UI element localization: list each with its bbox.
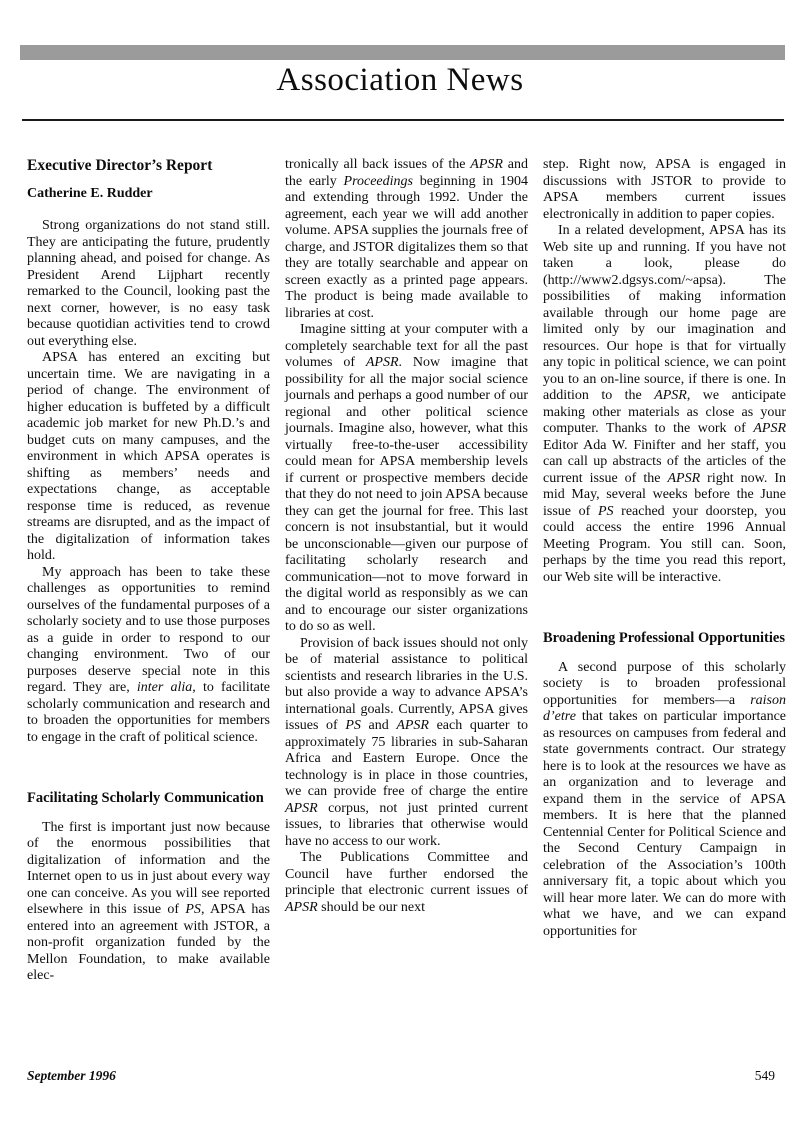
column-3: step. Right now, APSA is engaged in disc… <box>543 157 786 985</box>
paragraph: tronically all back issues of the APSR a… <box>285 157 528 322</box>
article-title: Executive Director’s Report <box>27 157 270 175</box>
article-columns: Executive Director’s ReportCatherine E. … <box>27 157 786 985</box>
page-footer: September 1996 549 <box>27 1068 775 1084</box>
column-2: tronically all back issues of the APSR a… <box>285 157 528 985</box>
paragraph: Provision of back issues should not only… <box>285 636 528 851</box>
paragraph: Strong organizations do not stand still.… <box>27 218 270 350</box>
paragraph: My approach has been to take these chall… <box>27 565 270 747</box>
section-heading: Facilitating Scholarly Communication <box>27 790 270 808</box>
section-heading: Broadening Professional Opportunities <box>543 630 786 648</box>
page-title: Association News <box>0 62 800 99</box>
paragraph: A second purpose of this scholarly socie… <box>543 660 786 941</box>
header-gray-bar <box>20 45 785 60</box>
paragraph: step. Right now, APSA is engaged in disc… <box>543 157 786 223</box>
paragraph: The first is important just now because … <box>27 820 270 985</box>
paragraph: In a related development, APSA has its W… <box>543 223 786 586</box>
paragraph: APSA has entered an exciting but uncerta… <box>27 350 270 565</box>
paragraph: The Publications Committee and Council h… <box>285 850 528 916</box>
journal-page: Association News Executive Director’s Re… <box>0 0 800 1123</box>
author-byline: Catherine E. Rudder <box>27 185 270 202</box>
column-1: Executive Director’s ReportCatherine E. … <box>27 157 270 985</box>
paragraph: Imagine sitting at your computer with a … <box>285 322 528 636</box>
issue-date: September 1996 <box>27 1068 116 1084</box>
page-number: 549 <box>755 1068 775 1084</box>
header-rule <box>22 119 784 121</box>
